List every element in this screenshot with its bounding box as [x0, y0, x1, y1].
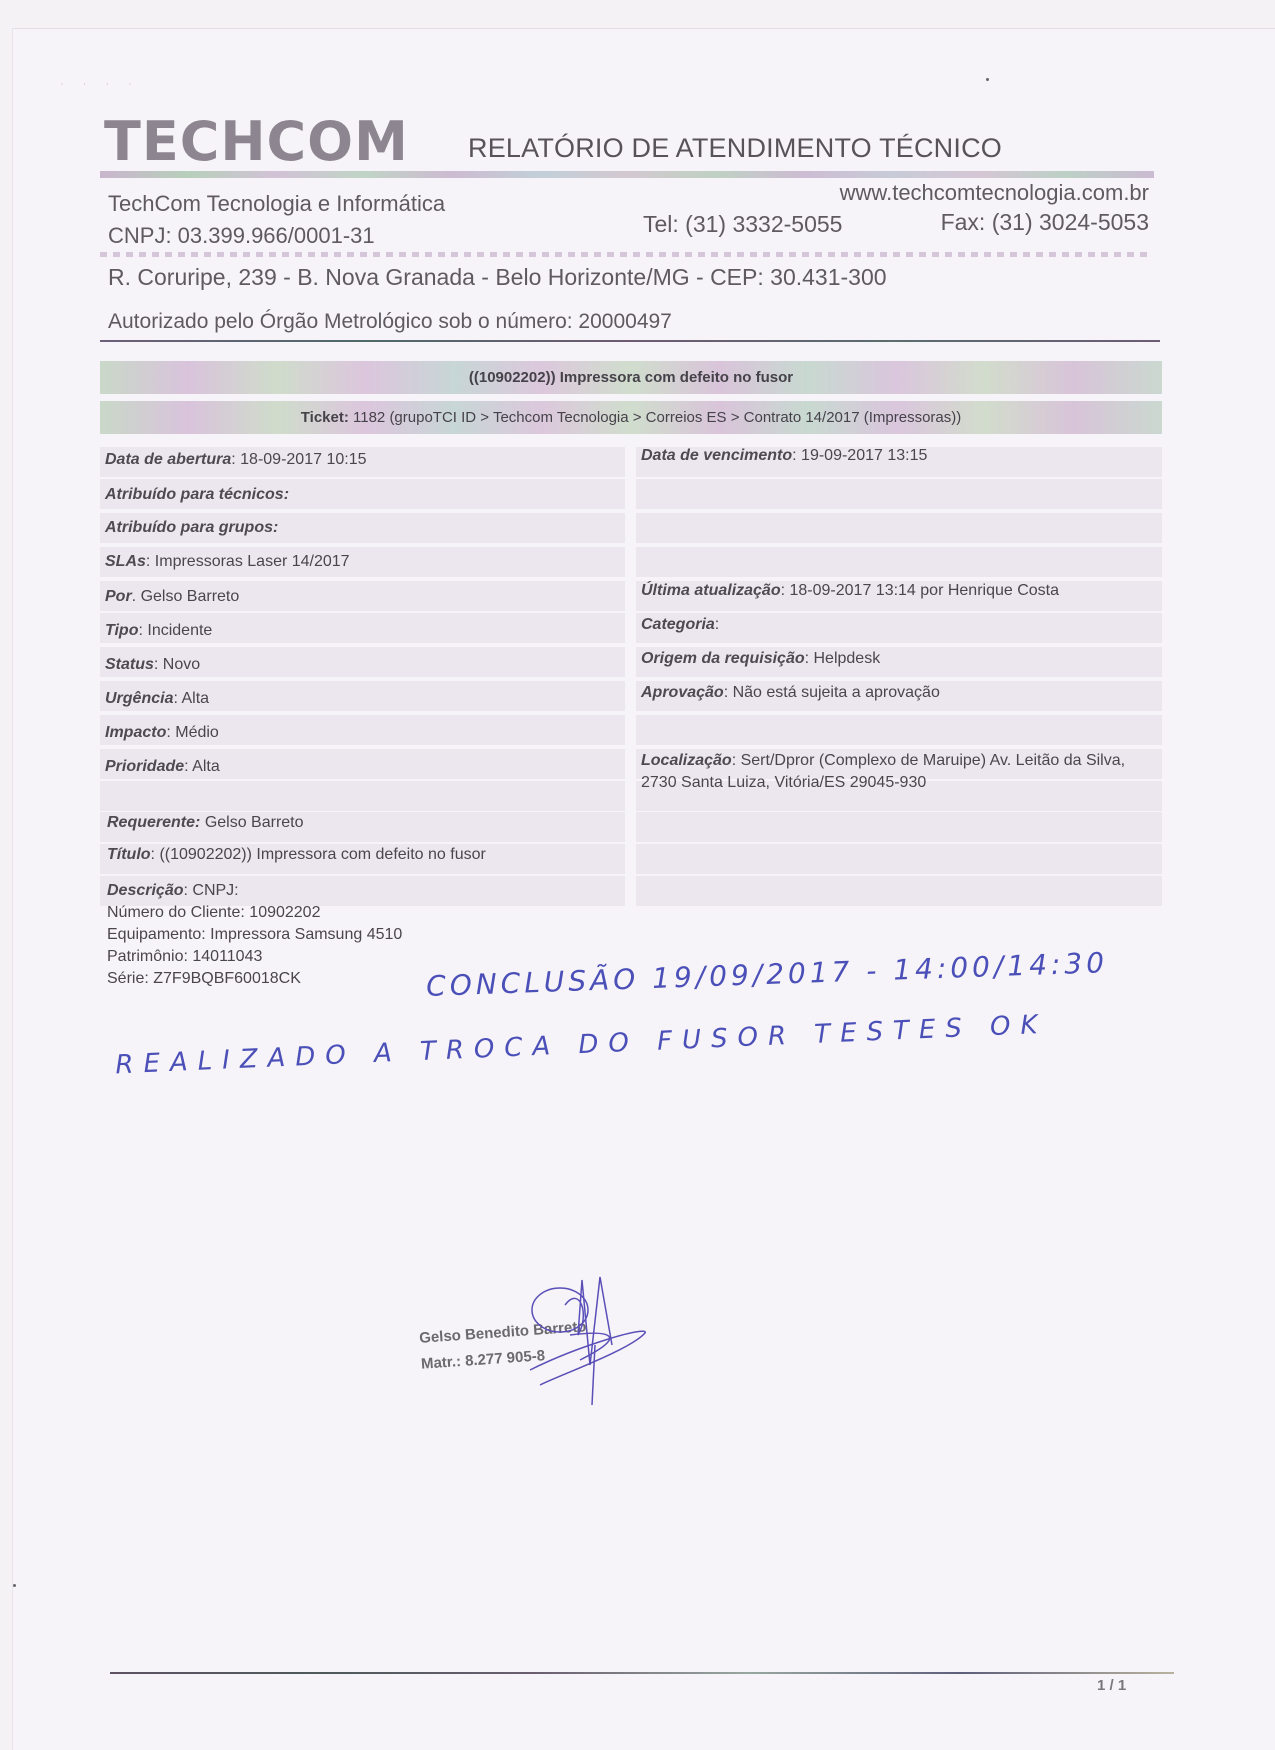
field-label: Urgência [105, 690, 173, 707]
field-label: Status [105, 656, 154, 673]
left-field: Atribuído para grupos: [105, 519, 278, 537]
field-label: Data de vencimento [641, 447, 792, 464]
field-value: 18-09-2017 10:15 [240, 451, 366, 468]
field-value: Alta [192, 758, 220, 775]
row-background [636, 812, 1162, 842]
title-value: ((10902202)) Impressora com defeito no f… [159, 846, 485, 863]
right-field: Aprovação: Não está sujeita a aprovação [641, 684, 940, 702]
field-label: Origem da requisição [641, 650, 805, 667]
field-value: Não está sujeita a aprovação [733, 684, 940, 701]
field-label: Localização [641, 752, 732, 769]
field-label: Atribuído para técnicos: [105, 486, 289, 503]
left-field: Atribuído para técnicos: [105, 486, 289, 504]
field-label: Impacto [105, 724, 166, 741]
requester-label: Requerente: [107, 814, 200, 831]
company-name: TechCom Tecnologia e Informática [108, 188, 445, 220]
field-separator: . [132, 588, 141, 605]
header-divider [100, 171, 1154, 178]
right-field: Origem da requisição: Helpdesk [641, 650, 880, 668]
footer-rule [110, 1672, 1174, 1674]
page-number: 1 / 1 [1097, 1677, 1126, 1694]
field-separator: : [732, 752, 741, 769]
field-label: Tipo [105, 622, 138, 639]
ticket-label: Ticket: [301, 409, 349, 426]
speck [13, 1584, 16, 1587]
field-label: Data de abertura [105, 451, 231, 468]
metrology-authorization: Autorizado pelo Órgão Metrológico sob o … [108, 310, 672, 334]
field-label: Por [105, 588, 132, 605]
description-line: Patrimônio: 14011043 [107, 946, 402, 968]
company-info: TechCom Tecnologia e Informática CNPJ: 0… [108, 188, 445, 252]
company-website[interactable]: www.techcomtecnologia.com.br [840, 180, 1149, 206]
right-field: Categoria: [641, 616, 719, 634]
field-separator: : [154, 656, 163, 673]
header-bottom-rule [100, 340, 1160, 342]
field-label: Atribuído para grupos: [105, 519, 278, 536]
report-title: RELATÓRIO DE ATENDIMENTO TÉCNICO [468, 133, 1002, 164]
title-label: Título [107, 846, 151, 863]
field-value: Médio [175, 724, 219, 741]
title-field: Título: ((10902202)) Impressora com defe… [107, 846, 486, 864]
right-field: Data de vencimento: 19-09-2017 13:15 [641, 447, 927, 465]
ticket-path-band: Ticket: 1182 (grupoTCI ID > Techcom Tecn… [100, 401, 1162, 434]
field-value: Alta [181, 690, 209, 707]
ticket-path: 1182 (grupoTCI ID > Techcom Tecnologia >… [353, 409, 961, 426]
description-label: Descrição [107, 882, 184, 899]
speck [986, 78, 989, 81]
row-background [636, 479, 1162, 509]
description-block: Descrição: CNPJ: Número do Cliente: 1090… [107, 880, 402, 990]
left-field: Por. Gelso Barreto [105, 588, 239, 606]
description-line: Equipamento: Impressora Samsung 4510 [107, 924, 402, 946]
requester-value: Gelso Barreto [205, 814, 304, 831]
description-line: Número do Cliente: 10902202 [107, 902, 402, 924]
ticket-title-band: ((10902202)) Impressora com defeito no f… [100, 361, 1162, 394]
left-field: Data de abertura: 18-09-2017 10:15 [105, 451, 366, 469]
row-background [636, 876, 1162, 906]
field-label: Prioridade [105, 758, 184, 775]
field-value: 19-09-2017 13:15 [801, 447, 927, 464]
field-value: Helpdesk [814, 650, 881, 667]
right-field: Última atualização: 18-09-2017 13:14 por… [641, 582, 1059, 600]
field-value: 18-09-2017 13:14 por Henrique Costa [790, 582, 1060, 599]
left-field: SLAs: Impressoras Laser 14/2017 [105, 553, 350, 571]
field-separator: : [805, 650, 814, 667]
company-cnpj: CNPJ: 03.399.966/0001-31 [108, 220, 445, 252]
description-first-line: CNPJ: [192, 882, 238, 899]
field-value: Gelso Barreto [141, 588, 240, 605]
company-phone: Tel: (31) 3332-5055 [643, 211, 842, 238]
field-separator: : [724, 684, 733, 701]
techcom-logo: TECHCOM [104, 112, 409, 172]
dashed-divider [100, 252, 1150, 257]
company-address: R. Coruripe, 239 - B. Nova Granada - Bel… [108, 264, 887, 291]
row-background [636, 547, 1162, 577]
company-fax: Fax: (31) 3024-5053 [941, 209, 1149, 236]
row-background [636, 715, 1162, 745]
field-value: Incidente [147, 622, 212, 639]
row-background [636, 844, 1162, 874]
field-separator: : [781, 582, 790, 599]
left-field: Impacto: Médio [105, 724, 219, 742]
row-background [100, 781, 625, 811]
description-line: Série: Z7F9BQBF60018CK [107, 968, 402, 990]
field-value: Impressoras Laser 14/2017 [155, 553, 350, 570]
field-value: Novo [163, 656, 200, 673]
field-separator: : [792, 447, 801, 464]
signature-icon [520, 1275, 660, 1415]
field-separator: : [715, 616, 719, 633]
right-field: Localização: Sert/Dpror (Complexo de Mar… [641, 750, 1141, 794]
field-label: Última atualização [641, 582, 781, 599]
field-label: Aprovação [641, 684, 724, 701]
field-separator: : [146, 553, 155, 570]
field-separator: : [231, 451, 240, 468]
left-field: Status: Novo [105, 656, 200, 674]
field-separator: : [184, 758, 192, 775]
left-field: Urgência: Alta [105, 690, 209, 708]
left-field: Tipo: Incidente [105, 622, 212, 640]
row-background [636, 513, 1162, 543]
field-label: SLAs [105, 553, 146, 570]
field-separator: : [166, 724, 175, 741]
field-label: Categoria [641, 616, 715, 633]
left-field: Prioridade: Alta [105, 758, 220, 776]
scan-artifact: · · · · [60, 78, 140, 90]
requester-field: Requerente: Gelso Barreto [107, 814, 304, 832]
